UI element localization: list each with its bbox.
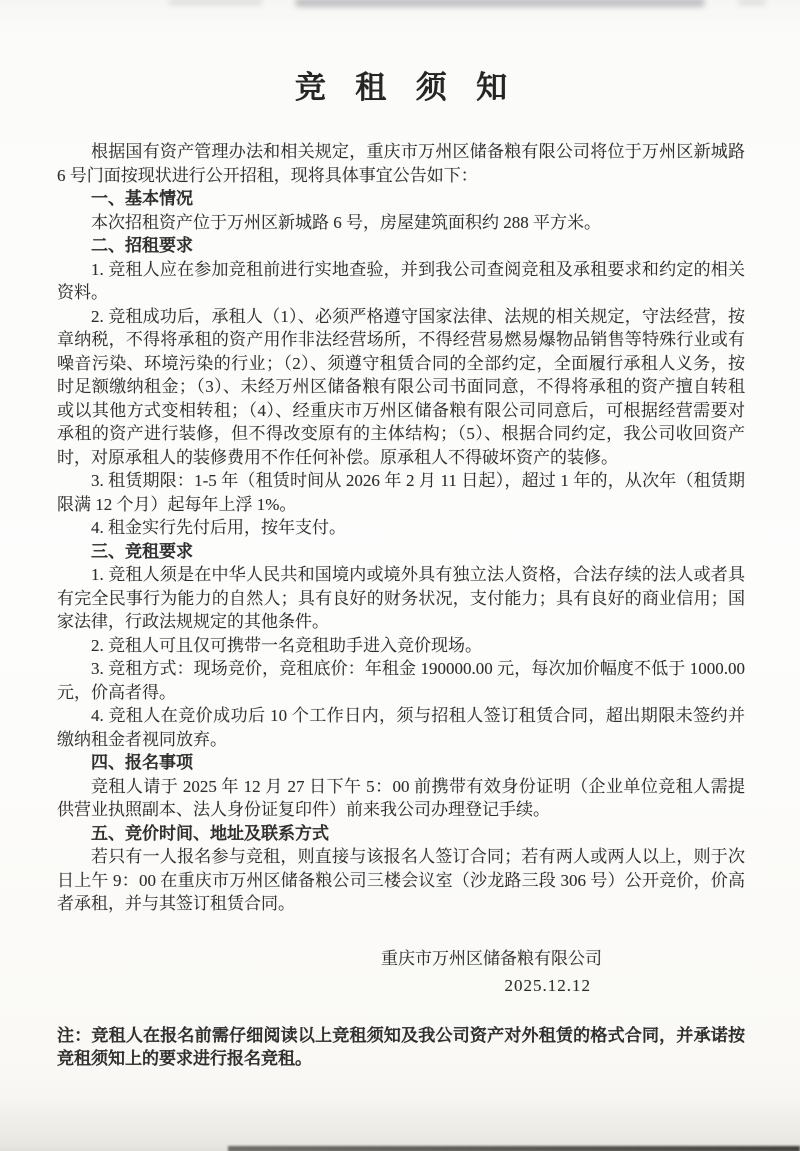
section-heading-bidding-time-address: 五、竞价时间、地址及联系方式 [57,822,745,846]
section-paragraph: 3. 租赁期限：1-5 年（租赁时间从 2026 年 2 月 11 日起），超过… [57,469,745,516]
company-signature: 重庆市万州区储备粮有限公司 [57,947,745,971]
section-paragraph: 1. 竞租人应在参加竞租前进行实地查验，并到我公司查阅竞租及承租要求和约定的相关… [57,258,745,305]
scan-edge-bottom [228,1146,800,1151]
section-heading-bidder-requirements: 三、竞租要求 [57,540,745,564]
scan-smudge-top-left [168,0,263,5]
section-heading-leasing-requirements: 二、招租要求 [57,234,745,258]
document-content: 竞租须知 根据国有资产管理办法和相关规定，重庆市万州区储备粮有限公司将位于万州区… [57,62,745,1071]
issue-date: 2025.12.12 [57,974,745,998]
intro-paragraph: 根据国有资产管理办法和相关规定，重庆市万州区储备粮有限公司将位于万州区新城路 6… [57,140,745,187]
section-heading-basic-info: 一、基本情况 [57,187,745,211]
section-paragraph: 竞租人请于 2025 年 12 月 27 日下午 5：00 前携带有效身份证明（… [57,775,745,822]
section-paragraph: 若只有一人报名参与竞租，则直接与该报名人签订合同；若有两人或两人以上，则于次日上… [57,845,745,916]
section-paragraph: 1. 竞租人须是在中华人民共和国境内或境外具有独立法人资格，合法存续的法人或者具… [57,563,745,634]
section-paragraph: 4. 租金实行先付后用，按年支付。 [57,516,745,540]
scan-smudge-top [295,0,705,7]
note-paragraph: 注：竞租人在报名前需仔细阅读以上竞租须知及我公司资产对外租赁的格式合同，并承诺按… [57,1024,745,1071]
scan-shade-bottom [0,1096,800,1151]
scanned-document-page: 竞租须知 根据国有资产管理办法和相关规定，重庆市万州区储备粮有限公司将位于万州区… [0,0,800,1151]
section-paragraph: 3. 竞租方式：现场竞价，竞租底价：年租金 190000.00 元，每次加价幅度… [57,657,745,704]
section-paragraph: 2. 竞租成功后，承租人（1）、必须严格遵守国家法律、法规的相关规定，守法经营，… [57,305,745,470]
document-title: 竞租须知 [57,62,745,107]
section-paragraph: 4. 竞租人在竞价成功后 10 个工作日内，须与招租人签订租赁合同，超出期限未签… [57,704,745,751]
scan-smudge-top-right [738,0,766,5]
section-paragraph: 2. 竞租人可且仅可携带一名竞租助手进入竞价现场。 [57,634,745,658]
section-paragraph: 本次招租资产位于万州区新城路 6 号，房屋建筑面积约 288 平方米。 [57,211,745,235]
section-heading-registration: 四、报名事项 [57,751,745,775]
